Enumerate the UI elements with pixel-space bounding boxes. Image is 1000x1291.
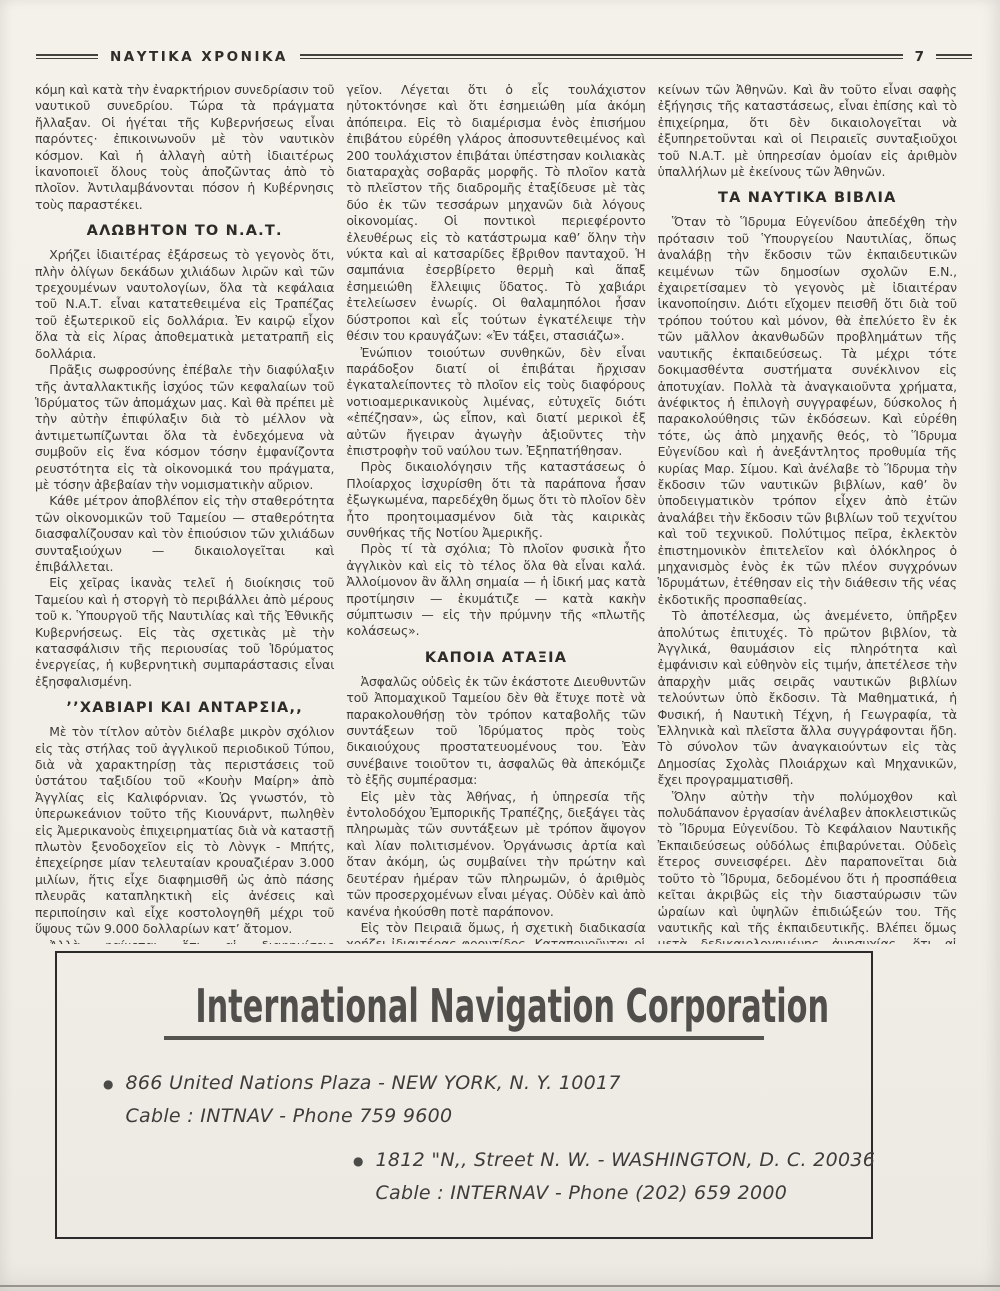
section-heading: ’’ΧΑΒΙΑΡΙ ΚΑΙ ΑΝΤΑΡΣΙΑ,, [35,700,334,716]
body-paragraph: γεῖον. Λέγεται ὅτι ὁ εἷς τουλάχιστον ηὐτ… [346,82,645,345]
body-paragraph: Ἀσφαλῶς οὐδεὶς ἐκ τῶν ἑκάστοτε Διευθυντῶ… [346,674,645,789]
masthead-rule-left [36,54,98,59]
body-paragraph: Μὲ τὸν τίτλον αὐτὸν διέλαβε μικρὸν σχόλι… [35,724,334,937]
advertisement: International Navigation Corporation ●86… [55,951,873,1239]
masthead-rule-center [300,54,903,59]
ad-location-1: ●866 United Nations Plaza - NEW YORK, N.… [103,1072,871,1127]
ad-cable-phone: Cable : INTERNAV - Phone (202) 659 2000 [375,1182,875,1204]
ad-locations: ●866 United Nations Plaza - NEW YORK, N.… [57,1072,871,1204]
body-paragraph: Εἰς μὲν τὰς Ἀθήνας, ἡ ὑπηρεσία τῆς ἐντολ… [346,789,645,920]
ad-title-block: International Navigation Corporation [57,979,871,1040]
body-paragraph: κείνων τῶν Ἀθηνῶν. Καὶ ἂν τοῦτο εἶναι σα… [658,82,957,180]
body-paragraph: Πρὸς δικαιολόγησιν τῆς καταστάσεως ὁ Πλο… [346,459,645,541]
ad-title-underline [164,1036,764,1040]
masthead-title: ΝΑΥΤΙΚΑ ΧΡΟΝΙΚΑ [110,49,288,65]
body-paragraph: Πρᾶξις σωφροσύνης ἐπέβαλε τὴν διαφύλαξιν… [35,362,334,493]
body-paragraph: Ὅταν τὸ Ἵδρυμα Εὐγενίδου ἀπεδέχθη τὴν πρ… [658,214,957,608]
column-1: κόμη καὶ κατὰ τὴν ἐναρκτήριον συνεδρίασι… [35,82,334,944]
body-paragraph: Ὅλην αὐτὴν τὴν πολύμοχθον καὶ πολυδάπανο… [658,789,957,944]
body-paragraph: Ἀλλὰ φαίνεται ὅτι αἱ διαφημίσεις διεψεύσ… [35,938,334,945]
body-paragraph: κόμη καὶ κατὰ τὴν ἐναρκτήριον συνεδρίασι… [35,82,334,213]
body-paragraph: Κάθε μέτρον ἀποβλέπον εἰς τὴν σταθερότητ… [35,493,334,575]
section-heading: ΑΛΩΒΗΤΟΝ ΤΟ Ν.Α.Τ. [35,223,334,239]
advertiser-name: International Navigation Corporation [195,979,732,1033]
text-columns: κόμη καὶ κατὰ τὴν ἐναρκτήριον συνεδρίασι… [35,82,957,944]
scan-bottom-edge [0,1285,1000,1287]
page-number: 7 [915,49,924,65]
bullet-icon: ● [103,1072,113,1127]
column-3: κείνων τῶν Ἀθηνῶν. Καὶ ἂν τοῦτο εἶναι σα… [658,82,957,944]
section-heading: ΚΑΠΟΙΑ ΑΤΑΞΙΑ [346,650,645,666]
body-paragraph: Τὸ ἀποτέλεσμα, ὡς ἀνεμένετο, ὑπῆρξεν ἀπο… [658,608,957,788]
masthead-rule-right [936,54,972,59]
bullet-icon: ● [353,1149,363,1204]
body-paragraph: Χρήζει ἰδιαιτέρας ἐξάρσεως τὸ γεγονὸς ὅτ… [35,247,334,362]
ad-location-text: 866 United Nations Plaza - NEW YORK, N. … [125,1072,620,1127]
ad-address: 866 United Nations Plaza - NEW YORK, N. … [125,1072,620,1094]
magazine-page: ΝΑΥΤΙΚΑ ΧΡΟΝΙΚΑ 7 κόμη καὶ κατὰ τὴν ἐναρ… [0,0,1000,1291]
ad-location-2: ●1812 "N,, Street N. W. - WASHINGTON, D.… [353,1149,871,1204]
ad-address: 1812 "N,, Street N. W. - WASHINGTON, D. … [375,1149,875,1171]
ad-location-text: 1812 "N,, Street N. W. - WASHINGTON, D. … [375,1149,875,1204]
body-paragraph: Ἐνώπιον τοιούτων συνθηκῶν, δὲν εἶναι παρ… [346,345,645,460]
body-paragraph: Πρὸς τί τὰ σχόλια; Τὸ πλοῖον φυσικὰ ἦτο … [346,541,645,639]
body-paragraph: Εἰς χεῖρας ἱκανὰς τελεῖ ἡ διοίκησις τοῦ … [35,575,334,690]
section-heading: ΤΑ ΝΑΥΤΙΚΑ ΒΙΒΛΙΑ [658,190,957,206]
ad-cable-phone: Cable : INTNAV - Phone 759 9600 [125,1105,620,1127]
column-2: γεῖον. Λέγεται ὅτι ὁ εἷς τουλάχιστον ηὐτ… [346,82,645,944]
body-paragraph: Εἰς τὸν Πειραιᾶ ὅμως, ἡ σχετικὴ διαδικασ… [346,920,645,944]
masthead: ΝΑΥΤΙΚΑ ΧΡΟΝΙΚΑ 7 [36,49,972,64]
